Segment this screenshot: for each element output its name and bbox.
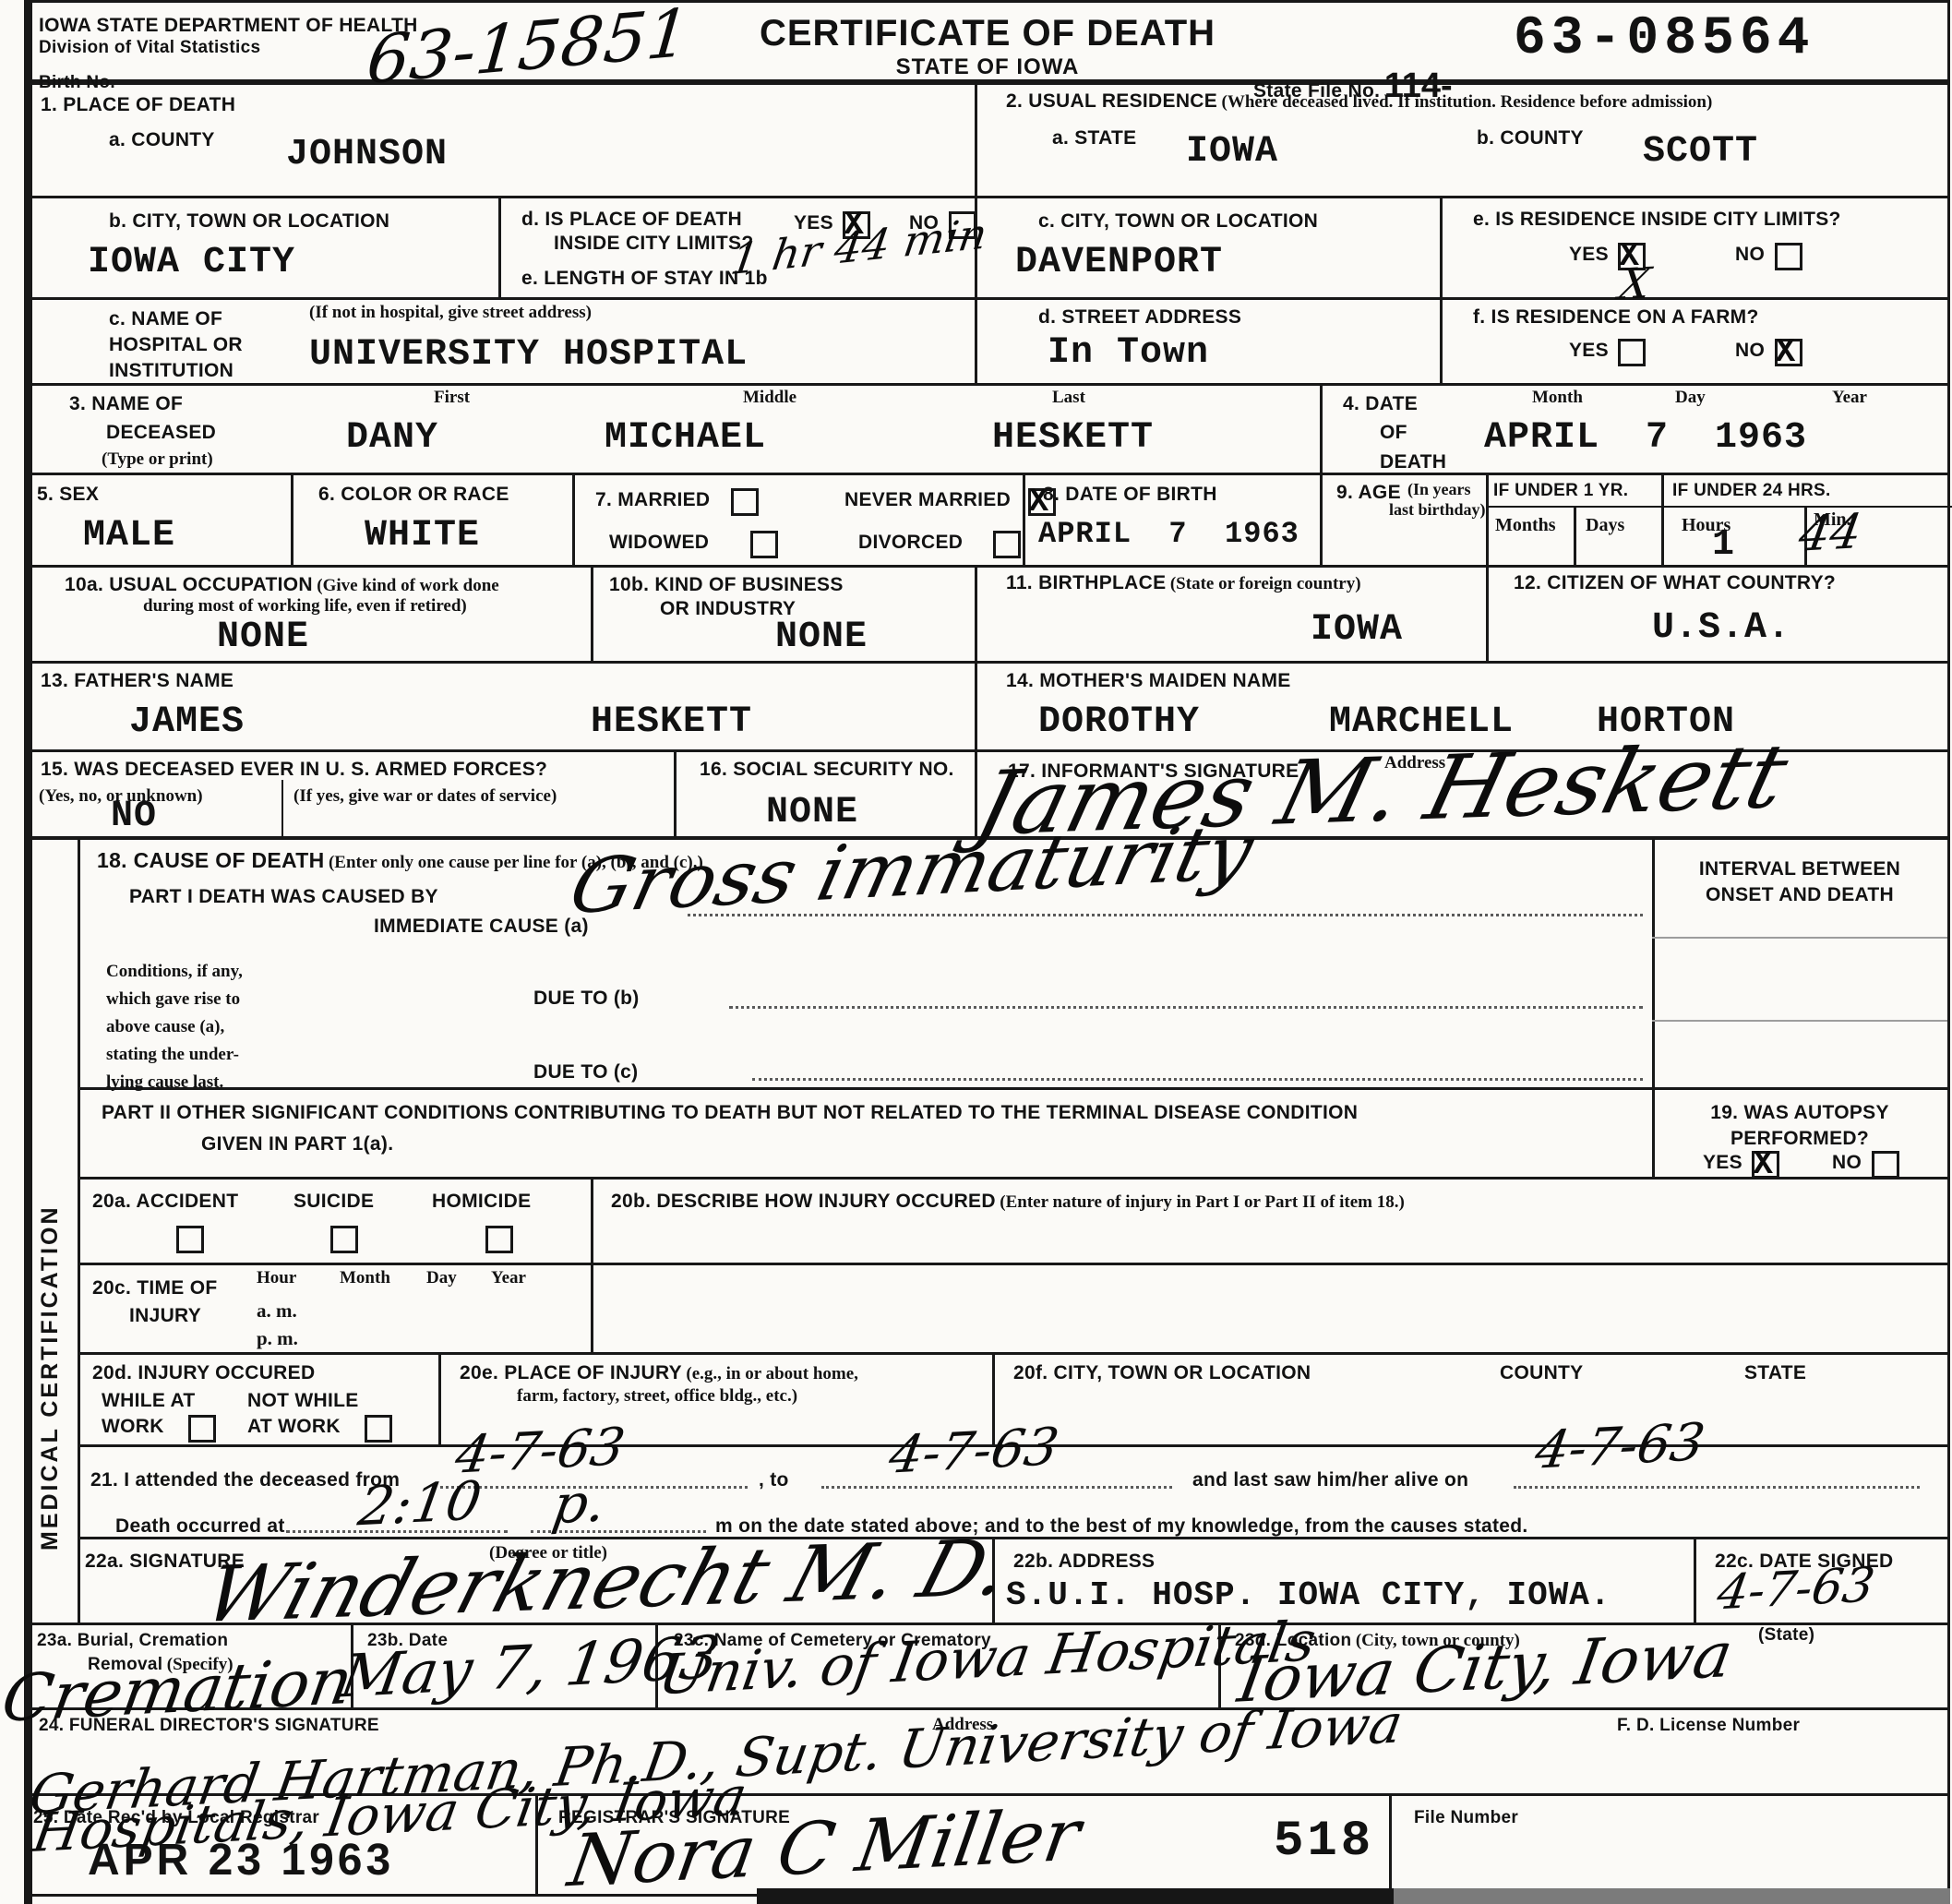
describe-injury-label: 20b. DESCRIBE HOW INJURY OCCURED: [611, 1191, 996, 1212]
time-injury-label1: 20c. TIME OF: [92, 1275, 217, 1300]
divider: [78, 1263, 1950, 1265]
divider: [24, 0, 1950, 3]
pm-label: p. m.: [257, 1327, 298, 1350]
pod-limits-label2: INSIDE CITY LIMITS?: [554, 231, 754, 256]
registrar-number-stamp: 518: [1274, 1814, 1374, 1870]
divider: [498, 196, 501, 297]
death-occurred-label: Death occurred at: [115, 1514, 285, 1539]
divider: [438, 1352, 441, 1444]
certificate-title-block: CERTIFICATE OF DEATH STATE OF IOWA: [729, 13, 1246, 80]
medical-certification-label: MEDICAL CERTIFICATION: [37, 904, 64, 1551]
divorced-label: DIVORCED: [858, 532, 963, 553]
date-signed-value: 4-7-63: [1713, 1558, 1878, 1622]
divider: [1320, 383, 1323, 565]
accident-checkbox: [176, 1226, 204, 1253]
divorced-group: DIVORCED: [858, 530, 1026, 558]
divider: [1389, 1793, 1392, 1894]
under-1yr-label: IF UNDER 1 YR.: [1493, 480, 1628, 503]
divorced-checkbox: [993, 531, 1021, 558]
describe-injury-line: 20b. DESCRIBE HOW INJURY OCCURED (Enter …: [611, 1189, 1405, 1214]
age-hint2: last birthday): [1389, 500, 1486, 520]
widowed-label: WIDOWED: [609, 532, 709, 553]
residence-title-line: 2. USUAL RESIDENCE (Where deceased lived…: [1006, 89, 1712, 114]
divider: [24, 196, 1950, 198]
business-label1: 10b. KIND OF BUSINESS: [609, 572, 844, 597]
birth-no-label: Birth No.: [39, 72, 115, 95]
physician-addr-label: 22b. ADDRESS: [1013, 1549, 1155, 1574]
occupation-hint1: (Give kind of work done: [317, 576, 498, 595]
deceased-middle-name: MICHAEL: [605, 417, 766, 459]
birthplace-label-line: 11. BIRTHPLACE (State or foreign country…: [1006, 570, 1361, 595]
pod-hospital-hint: (If not in hospital, give street address…: [309, 303, 592, 323]
death-certificate-document: IOWA STATE DEPARTMENT OF HEALTH Division…: [0, 0, 1952, 1904]
res-farm-no-checkbox: X: [1775, 339, 1802, 366]
pod-city-value: IOWA CITY: [88, 242, 295, 283]
middle-column-label: Middle: [743, 388, 796, 408]
father-label: 13. FATHER'S NAME: [41, 668, 234, 693]
death-time-value: 2:10: [354, 1469, 485, 1539]
dod-label2: OF: [1380, 420, 1407, 445]
conditions-line4: stating the under-: [106, 1045, 239, 1065]
divider: [24, 297, 1950, 300]
divider: [1486, 506, 1952, 508]
widowed-group: WIDOWED: [609, 530, 784, 558]
no-label: NO: [1735, 340, 1765, 361]
res-farm-no-group: NO X: [1735, 338, 1808, 366]
occupation-label: 10a. USUAL OCCUPATION: [65, 574, 313, 595]
divider: [1486, 473, 1489, 565]
attended-to-label: , to: [759, 1467, 789, 1492]
hour-label: Hour: [257, 1268, 296, 1288]
race-label: 6. COLOR OR RACE: [318, 482, 509, 507]
pod-county-value: JOHNSON: [286, 134, 448, 175]
birthplace-value: IOWA: [1311, 609, 1403, 651]
res-city-label: c. CITY, TOWN OR LOCATION: [1038, 209, 1318, 234]
divider: [1694, 1537, 1696, 1623]
never-married-group: NEVER MARRIED X: [844, 487, 1061, 516]
deceased-last-name: HESKETT: [992, 417, 1154, 459]
autopsy-label1: 19. WAS AUTOPSY: [1661, 1100, 1938, 1125]
first-column-label: First: [434, 388, 470, 408]
pod-limits-label1: d. IS PLACE OF DEATH: [521, 207, 742, 232]
while-at-work-checkbox: [188, 1415, 216, 1443]
part2-line1: PART II OTHER SIGNIFICANT CONDITIONS CON…: [102, 1100, 1578, 1125]
divider: [78, 1087, 1950, 1090]
divider: [24, 565, 1950, 568]
interval-label1: INTERVAL BETWEEN: [1661, 856, 1938, 881]
last-column-label: Last: [1052, 388, 1085, 408]
age-hours-value: 1: [1712, 524, 1735, 566]
sex-label: 5. SEX: [37, 482, 99, 507]
father-last: HESKETT: [591, 701, 752, 743]
not-while-label2: AT WORK: [247, 1416, 341, 1437]
dod-year-label: Year: [1832, 388, 1867, 408]
divider: [78, 1177, 1950, 1180]
fd-license-label: F. D. License Number: [1617, 1715, 1800, 1738]
dob-label: 8. DATE OF BIRTH: [1043, 482, 1217, 507]
deceased-name-label2: DECEASED: [106, 420, 216, 445]
no-label: NO: [1735, 244, 1765, 265]
not-while-at-work-checkbox: [365, 1415, 392, 1443]
res-limits-no-checkbox: [1775, 243, 1802, 270]
race-value: WHITE: [365, 515, 480, 557]
sex-value: MALE: [83, 515, 175, 557]
place-of-death-title: 1. PLACE OF DEATH: [41, 92, 235, 117]
not-while-at-work-group: AT WORK: [247, 1414, 398, 1443]
res-farm-yes-checkbox: [1618, 339, 1646, 366]
divider: [591, 565, 593, 661]
autopsy-label2: PERFORMED?: [1661, 1126, 1938, 1151]
conditions-line5: lying cause last.: [106, 1072, 223, 1093]
divider: [674, 749, 677, 836]
conditions-line1: Conditions, if any,: [106, 962, 243, 982]
attended-to-value: 4-7-63: [885, 1417, 1063, 1485]
dod-label1: 4. DATE: [1343, 391, 1418, 416]
year-label: Year: [491, 1268, 526, 1288]
yes-label: YES: [1569, 244, 1609, 265]
cause-part1-label: PART I DEATH WAS CAUSED BY: [129, 884, 438, 909]
occupation-value: NONE: [217, 617, 309, 658]
physician-addr-value: S.U.I. HOSP. IOWA CITY, IOWA.: [1006, 1576, 1611, 1614]
am-label: a. m.: [257, 1299, 297, 1323]
business-value: NONE: [775, 617, 868, 658]
accident-checkbox-wrap: [171, 1226, 210, 1253]
mother-first: DOROTHY: [1038, 701, 1200, 743]
place-of-injury-line: 20e. PLACE OF INJURY (e.g., in or about …: [460, 1360, 858, 1385]
conditions-line3: above cause (a),: [106, 1017, 224, 1037]
while-at-label2: WORK: [102, 1416, 164, 1437]
divider: [1574, 506, 1576, 565]
location-state-hint: (State): [1758, 1624, 1814, 1647]
checkbox-mark: X: [1753, 1145, 1773, 1183]
divider: [572, 473, 575, 565]
forces-hint2: (If yes, give war or dates of service): [293, 786, 557, 807]
while-at-work-group: WORK: [102, 1414, 222, 1443]
injury-state-label: STATE: [1744, 1360, 1806, 1385]
under-24hrs-label: IF UNDER 24 HRS.: [1672, 480, 1831, 503]
pod-hospital-value: UNIVERSITY HOSPITAL: [309, 334, 748, 376]
last-saw-value: 4-7-63: [1531, 1412, 1709, 1480]
page-title: CERTIFICATE OF DEATH: [729, 13, 1246, 54]
place-of-injury-label: 20e. PLACE OF INJURY: [460, 1362, 682, 1383]
cause-label: 18. CAUSE OF DEATH: [97, 848, 325, 872]
no-label: NO: [1832, 1152, 1862, 1173]
place-of-injury-hint2: farm, factory, street, office bldg., etc…: [517, 1386, 797, 1407]
divider: [291, 473, 293, 565]
scan-artifact: [1394, 1888, 1950, 1904]
immediate-cause-value: Gross immaturity: [562, 808, 1262, 931]
residence-title: 2. USUAL RESIDENCE: [1006, 90, 1217, 112]
dod-month-label: Month: [1532, 388, 1583, 408]
homicide-checkbox-wrap: [480, 1226, 519, 1253]
file-number-label: File Number: [1414, 1807, 1518, 1830]
suicide-checkbox: [330, 1226, 358, 1253]
checkbox-mark: X: [1776, 333, 1796, 371]
autopsy-no-checkbox: [1872, 1151, 1899, 1179]
citizen-value: U.S.A.: [1652, 607, 1790, 649]
due-to-b-label: DUE TO (b): [533, 986, 640, 1011]
res-farm-yes-group: YES: [1569, 338, 1651, 366]
divider: [1652, 937, 1947, 939]
ssn-value: NONE: [766, 792, 858, 833]
autopsy-yes-checkbox: X: [1752, 1151, 1779, 1179]
dotted-line: [1514, 1486, 1920, 1489]
ssn-label: 16. SOCIAL SECURITY NO.: [700, 757, 954, 782]
res-county-value: SCOTT: [1643, 131, 1758, 173]
divider: [281, 780, 283, 836]
dob-value: APRIL 7 1963: [1038, 517, 1299, 551]
res-state-value: IOWA: [1186, 131, 1278, 173]
divider: [78, 836, 80, 1623]
forces-value: NO: [111, 796, 157, 837]
pod-hospital-label2: HOSPITAL OR: [109, 332, 243, 357]
forces-label: 15. WAS DECEASED EVER IN U. S. ARMED FOR…: [41, 757, 547, 782]
pod-county-label: a. COUNTY: [109, 127, 215, 152]
while-at-label1: WHILE AT: [102, 1388, 196, 1413]
residence-hint: (Where deceased lived. If institution. R…: [1222, 92, 1713, 112]
dotted-line: [821, 1486, 1172, 1489]
injury-city-label: 20f. CITY, TOWN OR LOCATION: [1013, 1360, 1311, 1385]
occupation-label-line: 10a. USUAL OCCUPATION (Give kind of work…: [65, 572, 499, 597]
pod-hospital-label3: INSTITUTION: [109, 358, 234, 383]
death-ampm-value: p.: [548, 1471, 610, 1537]
divider: [24, 0, 32, 1904]
divider: [1486, 565, 1489, 661]
divider: [1652, 836, 1655, 1177]
last-saw-label: and last saw him/her alive on: [1192, 1467, 1468, 1492]
birthplace-hint: (State or foreign country): [1170, 574, 1361, 593]
month-label: Month: [340, 1268, 390, 1288]
citizen-label: 12. CITIZEN OF WHAT COUNTRY?: [1514, 570, 1836, 595]
place-of-injury-hint1: (e.g., in or about home,: [686, 1364, 857, 1383]
occupation-hint2: during most of working life, even if ret…: [143, 596, 467, 617]
part2-line2: GIVEN IN PART 1(a).: [201, 1132, 393, 1156]
immediate-cause-label: IMMEDIATE CAUSE (a): [374, 914, 589, 939]
married-label: 7. MARRIED: [595, 489, 710, 510]
age-hint1: (In years: [1407, 480, 1471, 499]
never-married-label: NEVER MARRIED: [844, 489, 1011, 510]
res-county-label: b. COUNTY: [1477, 126, 1584, 150]
mother-label: 14. MOTHER'S MAIDEN NAME: [1006, 668, 1291, 693]
res-limits-label: e. IS RESIDENCE INSIDE CITY LIMITS?: [1473, 207, 1841, 232]
pod-city-label: b. CITY, TOWN OR LOCATION: [109, 209, 389, 234]
deceased-name-label3: (Type or print): [102, 449, 213, 470]
homicide-checkbox: [485, 1226, 513, 1253]
divider: [591, 1177, 593, 1352]
autopsy-no-group: NO: [1832, 1150, 1905, 1179]
res-state-label: a. STATE: [1052, 126, 1136, 150]
conditions-line2: which gave rise to: [106, 989, 240, 1010]
deceased-name-label1: 3. NAME OF: [69, 391, 183, 416]
department-name: IOWA STATE DEPARTMENT OF HEALTH: [39, 13, 418, 38]
due-to-c-label: DUE TO (c): [533, 1060, 638, 1084]
injury-occured-label: 20d. INJURY OCCURED: [92, 1360, 315, 1385]
father-first: JAMES: [129, 701, 245, 743]
autopsy-yes-group: YES X: [1703, 1150, 1785, 1179]
divider: [975, 565, 977, 836]
divider: [78, 1352, 1950, 1355]
res-limits-no-group: NO: [1735, 242, 1808, 270]
dod-day-label: Day: [1675, 388, 1706, 408]
divider: [1661, 473, 1664, 565]
yes-label: YES: [1569, 340, 1609, 361]
injury-county-label: COUNTY: [1500, 1360, 1583, 1385]
deceased-first-name: DANY: [346, 417, 438, 459]
dod-label3: DEATH: [1380, 449, 1446, 474]
dod-value: APRIL 7 1963: [1484, 417, 1807, 459]
birthplace-label: 11. BIRTHPLACE: [1006, 572, 1166, 593]
interval-label2: ONSET AND DEATH: [1661, 882, 1938, 907]
homicide-label: HOMICIDE: [432, 1189, 531, 1214]
res-street-value: In Town: [1048, 332, 1209, 374]
file-number-stamp: 63-08564: [1514, 9, 1814, 69]
yes-label: YES: [1703, 1152, 1742, 1173]
scan-artifact: [757, 1888, 1394, 1904]
accident-label: 20a. ACCIDENT: [92, 1189, 238, 1214]
suicide-checkbox-wrap: [325, 1226, 364, 1253]
res-street-label: d. STREET ADDRESS: [1038, 305, 1241, 329]
day-label: Day: [426, 1268, 457, 1288]
not-while-label1: NOT WHILE: [247, 1388, 359, 1413]
divider: [1947, 0, 1950, 1904]
pod-hospital-label1: c. NAME OF: [109, 306, 222, 331]
days-label: Days: [1586, 515, 1624, 536]
time-injury-label2: INJURY: [129, 1303, 201, 1328]
dotted-line: [729, 1006, 1643, 1009]
age-minutes-value: 44: [1795, 504, 1865, 562]
page-subtitle: STATE OF IOWA: [729, 54, 1246, 80]
widowed-checkbox: [750, 531, 778, 558]
married-checkbox: [731, 488, 759, 516]
division-name: Division of Vital Statistics: [39, 37, 260, 60]
suicide-label: SUICIDE: [293, 1189, 374, 1214]
attended-pre-label: 21. I attended the deceased from: [90, 1467, 400, 1492]
divider: [24, 661, 1950, 664]
describe-injury-hint: (Enter nature of injury in Part I or Par…: [1000, 1192, 1405, 1212]
divider: [24, 383, 1950, 386]
months-label: Months: [1495, 515, 1556, 536]
married-group: 7. MARRIED: [595, 487, 764, 516]
res-city-value: DAVENPORT: [1015, 242, 1223, 283]
dotted-line: [752, 1078, 1643, 1081]
divider: [1652, 1020, 1947, 1022]
divider: [1440, 196, 1443, 383]
